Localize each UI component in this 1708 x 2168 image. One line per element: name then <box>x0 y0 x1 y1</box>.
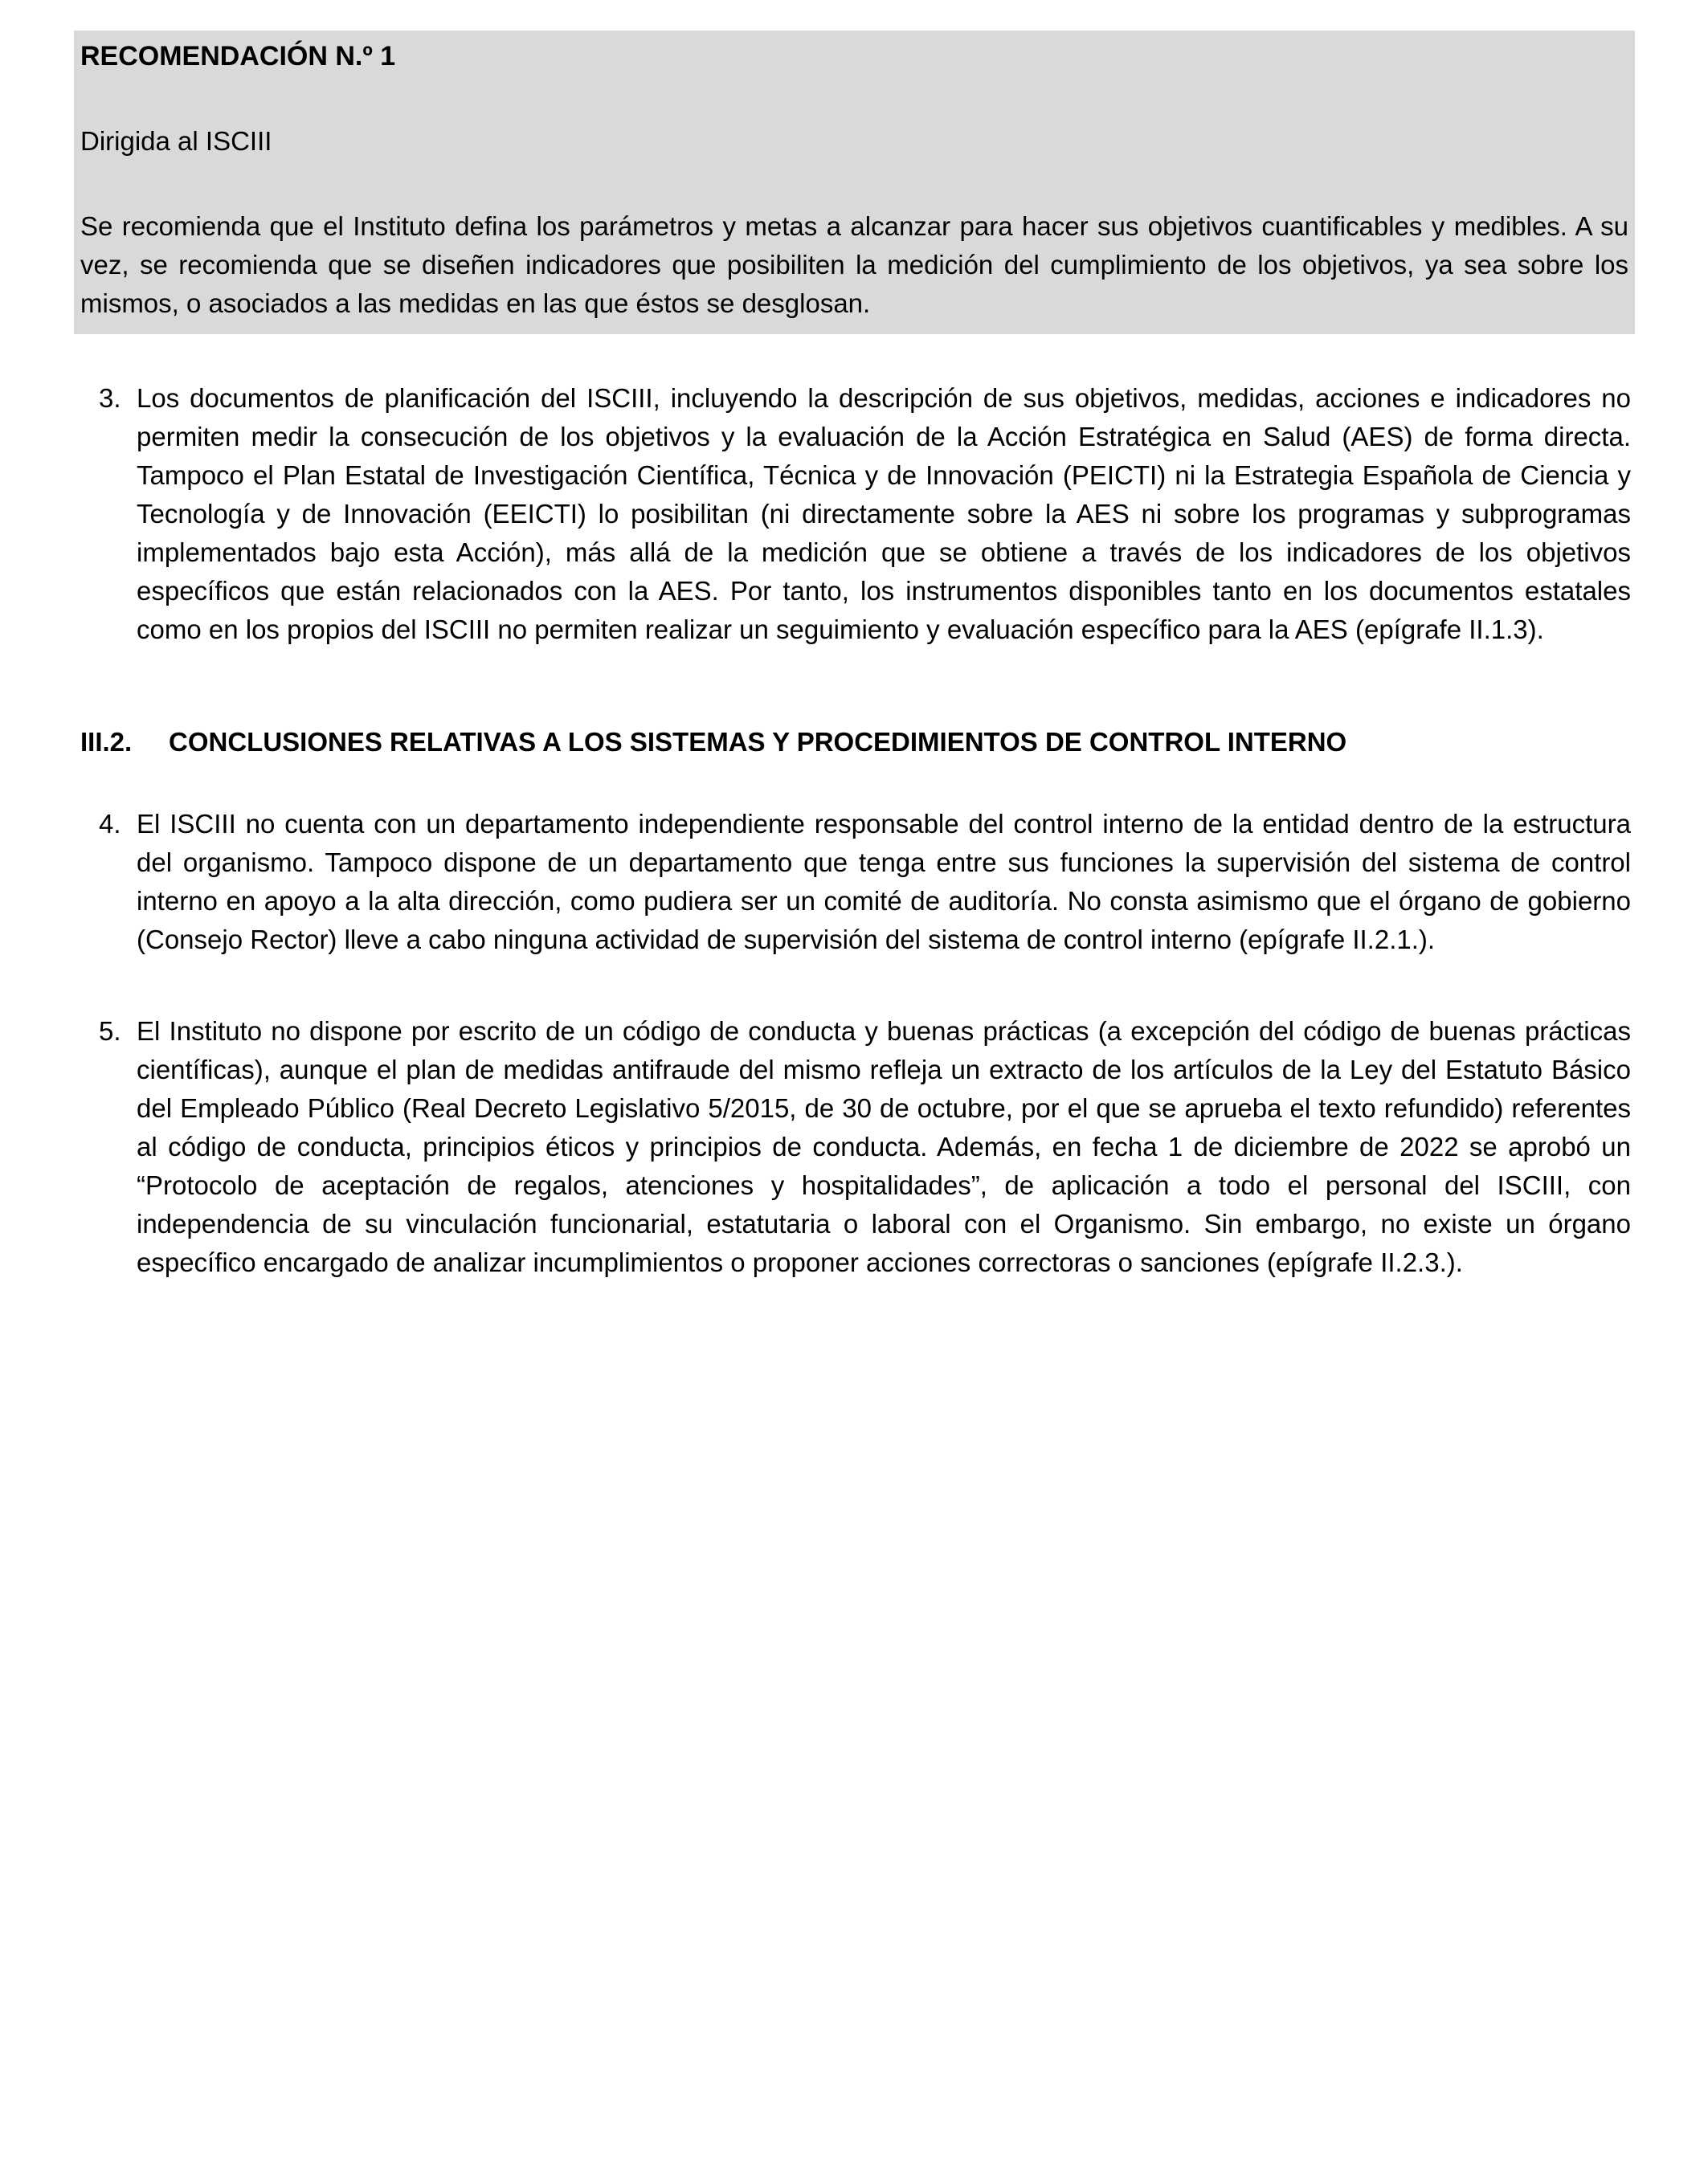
conclusion-item-5: 5. El Instituto no dispone por escrito d… <box>78 1012 1631 1282</box>
section-heading: III.2. CONCLUSIONES RELATIVAS A LOS SIST… <box>78 723 1631 761</box>
recommendation-title: RECOMENDACIÓN N.º 1 <box>80 37 1628 76</box>
section-title: CONCLUSIONES RELATIVAS A LOS SISTEMAS Y … <box>169 723 1631 761</box>
item-number: 3. <box>99 379 121 418</box>
text-column: RECOMENDACIÓN N.º 1 Dirigida al ISCIII S… <box>78 0 1631 1282</box>
item-number: 5. <box>99 1012 121 1051</box>
conclusion-item-3: 3. Los documentos de planificación del I… <box>78 379 1631 649</box>
conclusion-item-4: 4. El ISCIII no cuenta con un departamen… <box>78 805 1631 959</box>
recommendation-body: Se recomienda que el Instituto defina lo… <box>80 207 1628 323</box>
item-text: Los documentos de planificación del ISCI… <box>137 379 1631 649</box>
recommendation-addressee: Dirigida al ISCIII <box>80 122 1628 161</box>
document-page: RECOMENDACIÓN N.º 1 Dirigida al ISCIII S… <box>0 0 1708 2168</box>
item-text: El Instituto no dispone por escrito de u… <box>137 1012 1631 1282</box>
item-number: 4. <box>99 805 121 843</box>
item-text: El ISCIII no cuenta con un departamento … <box>137 805 1631 959</box>
recommendation-box: RECOMENDACIÓN N.º 1 Dirigida al ISCIII S… <box>74 31 1635 334</box>
section-number: III.2. <box>80 723 132 761</box>
